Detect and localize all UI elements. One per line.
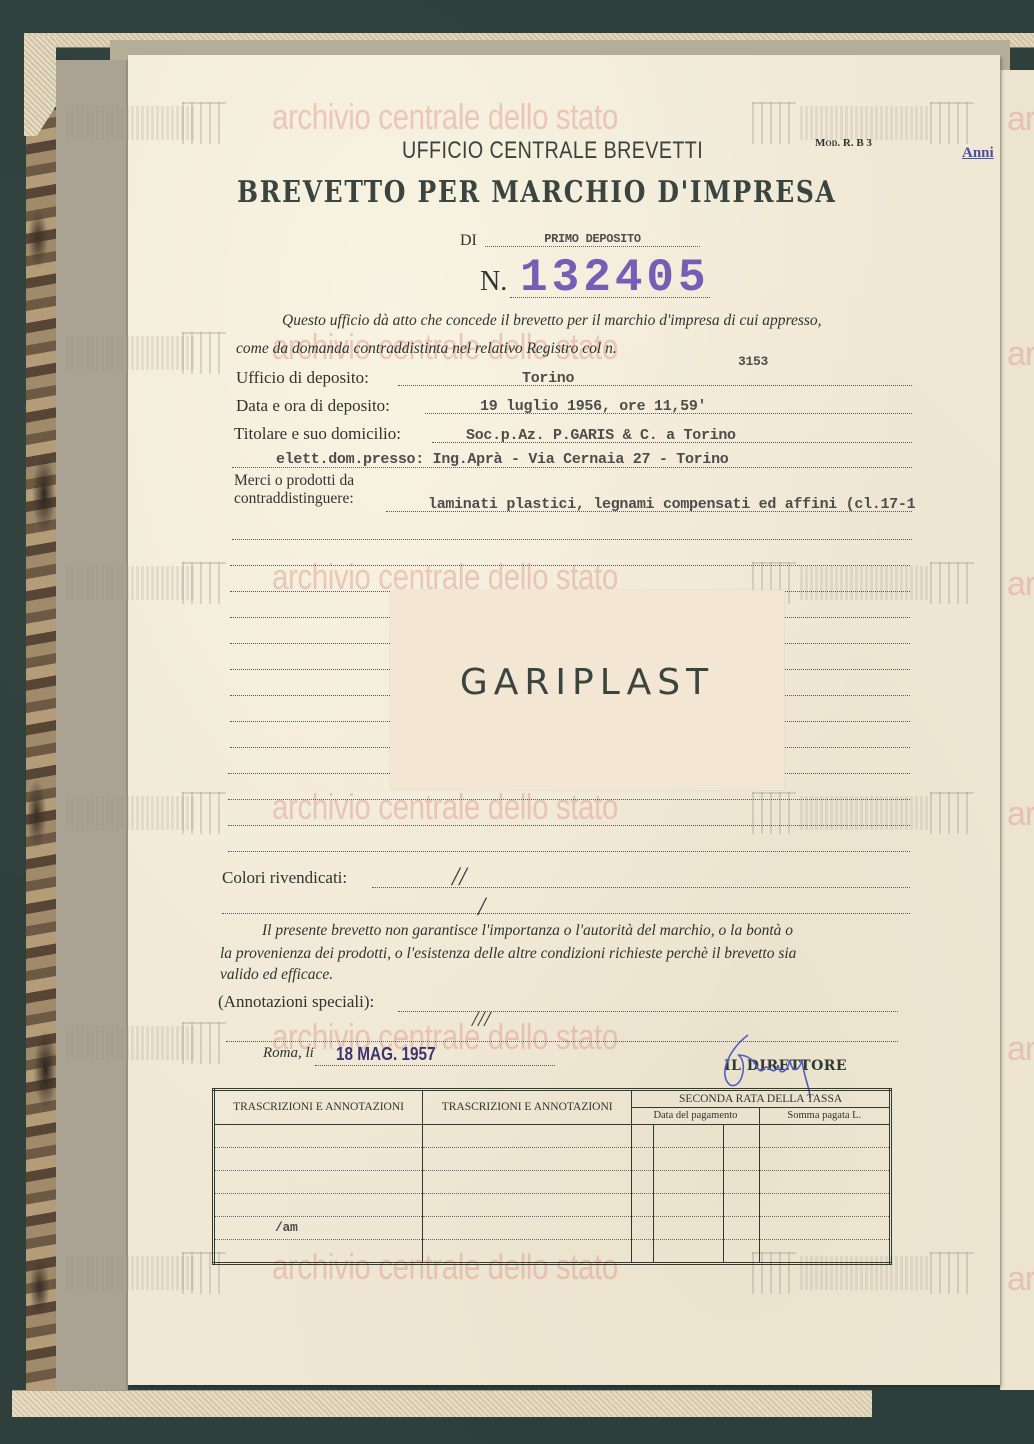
table-row: /am — [214, 1216, 891, 1239]
deposit-type-label: DI — [460, 232, 477, 250]
merci-label-1: Merci o prodotti da — [234, 472, 354, 490]
table-header-transcriptions-2: TRASCRIZIONI E ANNOTAZIONI — [423, 1090, 632, 1125]
marbled-cover-edge — [26, 110, 56, 1390]
intro-line-1: Questo ufficio dà atto che concede il br… — [282, 312, 822, 330]
issue-date-stamp: 18 MAG. 1957 — [336, 1044, 436, 1065]
place-label: Roma, li — [263, 1045, 314, 1062]
titolare-value: Soc.p.Az. P.GARIS & C. a Torino — [466, 427, 736, 444]
patent-number-label: N. — [480, 266, 507, 298]
deposit-type-value: PRIMO DEPOSITO — [485, 232, 700, 247]
table-row — [214, 1193, 891, 1216]
colori-value: // — [452, 862, 466, 892]
data-deposito-label: Data e ora di deposito: — [236, 396, 390, 416]
registro-number: 3153 — [738, 354, 768, 369]
watermark-fragment: ar — [1007, 335, 1034, 374]
table-header-amount-paid: Somma pagata L. — [759, 1108, 890, 1125]
titolare-label: Titolare e suo domicilio: — [234, 424, 401, 444]
ufficio-label: Ufficio di deposito: — [236, 368, 369, 388]
colori-label: Colori rivendicati: — [222, 868, 347, 888]
next-page-edge: ar ar ar ar ar ar — [1000, 70, 1034, 1390]
data-deposito-value: 19 luglio 1956, ore 11,59' — [480, 398, 706, 415]
table-row — [214, 1124, 891, 1147]
table-header-transcriptions-1: TRASCRIZIONI E ANNOTAZIONI — [214, 1090, 423, 1125]
annotazioni-value: /// — [472, 1006, 490, 1032]
watermark-fragment: ar — [1007, 795, 1034, 834]
table-row — [214, 1239, 891, 1263]
patent-number-stamp: 132405 — [520, 252, 710, 304]
years-stamp: Anni — [962, 145, 994, 162]
merci-label-2: contraddistinguere: — [234, 490, 354, 508]
folder-board — [56, 60, 128, 1390]
colori-line-2 — [222, 912, 910, 914]
annotazioni-label: (Annotazioni speciali): — [218, 992, 374, 1012]
table-header-payment-date: Data del pagamento — [632, 1108, 759, 1125]
disclaimer-line-3: valido ed efficace. — [220, 966, 333, 984]
table-row — [214, 1170, 891, 1193]
document-title: BREVETTO PER MARCHIO D'IMPRESA — [237, 175, 836, 210]
table-header-second-installment: SECONDA RATA DELLA TASSA — [632, 1090, 891, 1108]
titolare-value-2: elett.dom.presso: Ing.Aprà - Via Cernaia… — [276, 451, 728, 468]
watermark-fragment: ar — [1007, 1030, 1034, 1069]
office-name: UFFICIO CENTRALE BREVETTI — [402, 137, 703, 165]
clerk-initials: /am — [275, 1220, 298, 1235]
disclaimer-line-2: la provenienza dei prodotti, o l'esisten… — [220, 945, 796, 963]
blank-line — [228, 850, 910, 852]
trademark-name: GARIPLAST — [390, 662, 784, 703]
form-model-code: Mod. R. B 3 — [815, 137, 872, 149]
merci-value: laminati plastici, legnami compensati ed… — [428, 496, 915, 513]
colori-value-2: / — [478, 892, 485, 922]
blank-line — [230, 564, 910, 566]
watermark-fragment: ar — [1007, 1260, 1034, 1299]
trademark-label-card: GARIPLAST — [390, 590, 784, 790]
table-row — [214, 1147, 891, 1170]
blank-line — [228, 798, 910, 800]
watermark-fragment: ar — [1007, 100, 1034, 139]
blank-line — [228, 824, 910, 826]
binding-tape-bottom — [12, 1390, 872, 1417]
blank-line — [232, 538, 912, 540]
disclaimer-line-1: Il presente brevetto non garantisce l'im… — [262, 922, 793, 940]
register-table: TRASCRIZIONI E ANNOTAZIONI TRASCRIZIONI … — [212, 1088, 892, 1265]
watermark-fragment: ar — [1007, 565, 1034, 604]
intro-line-2: come da domanda contraddistinta nel rela… — [236, 340, 617, 358]
ufficio-value: Torino — [522, 370, 574, 387]
ufficio-line — [398, 384, 912, 386]
